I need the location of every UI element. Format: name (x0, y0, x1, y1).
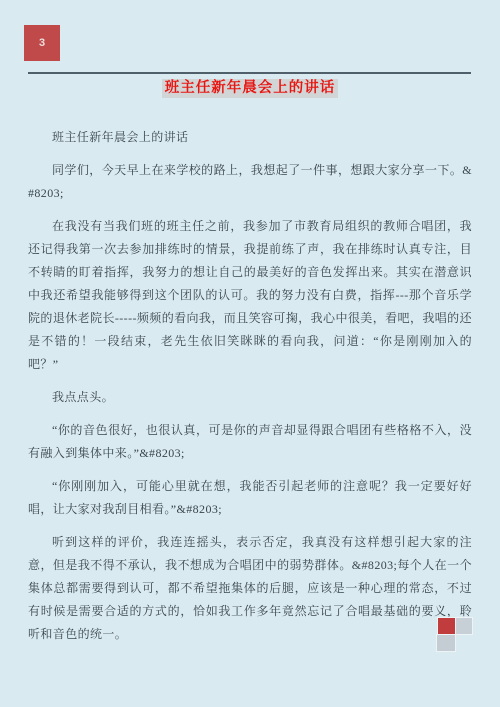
header-divider (28, 72, 471, 74)
paragraph: 班主任新年晨会上的讲话 (28, 126, 472, 149)
page-number-badge: 3 (24, 25, 60, 61)
page-number: 3 (39, 37, 45, 49)
paragraph: 我点点头。 (28, 386, 472, 409)
paragraph: 在我没有当我们班的班主任之前，我参加了市教育局组织的教师合唱团，我还记得我第一次… (28, 215, 472, 376)
paragraph: 同学们，今天早上在来学校的路上，我想起了一件事，想跟大家分享一下。&#8203; (28, 159, 472, 205)
paragraph: “你的音色很好，也很认真，可是你的声音却显得跟合唱团有些格格不入，没有融入到集体… (28, 419, 472, 465)
document-title: 班主任新年晨会上的讲话 (162, 79, 339, 98)
paragraph: 听到这样的评价，我连连摇头，表示否定，我真没有这样想引起大家的注意，但是我不得不… (28, 531, 472, 646)
paragraph: “你刚刚加入，可能心里就在想，我能否引起老师的注意呢？我一定要好好唱，让大家对我… (28, 475, 472, 521)
document-page: 3 班主任新年晨会上的讲话 班主任新年晨会上的讲话 同学们，今天早上在来学校的路… (0, 0, 500, 707)
corner-decoration (436, 617, 474, 653)
decor-gray-square-right (455, 617, 473, 635)
title-row: 班主任新年晨会上的讲话 (0, 79, 500, 98)
decor-gray-square-bottom (436, 634, 456, 652)
document-body: 班主任新年晨会上的讲话 同学们，今天早上在来学校的路上，我想起了一件事，想跟大家… (28, 126, 472, 656)
decor-red-square (437, 617, 456, 635)
